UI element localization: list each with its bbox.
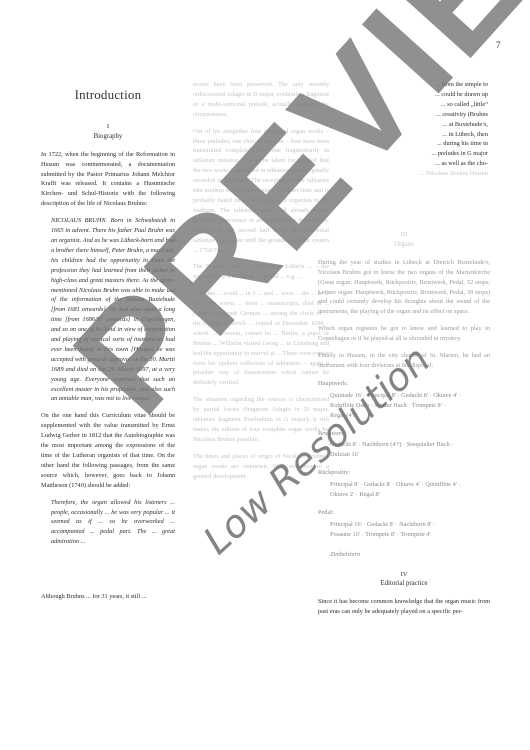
text-line: ... from the simple to [348, 80, 488, 90]
section-number: III [318, 230, 490, 240]
text-line: ... during his time in [348, 139, 488, 149]
paragraph: In 1722, when the beginning of the Refor… [41, 150, 175, 209]
paragraph: The times and places of origin of Nicola… [193, 452, 329, 482]
section-title: Organs [318, 240, 490, 250]
division-name: Brustwerk: [318, 429, 490, 439]
paragraph: On the one hand this Curriculum vitae sh… [41, 411, 175, 490]
paragraph: During the year of studies in Lübeck at … [318, 258, 490, 317]
text-line: ... at Buxtehude’s, [348, 120, 488, 130]
paragraph: Finally in Husum, in the city church of … [318, 351, 490, 371]
stop-line: Oktave 2' · Regal 8' [330, 490, 490, 500]
text-line: ... so called „little“ [348, 100, 488, 110]
organ-division-hauptwerk: Hauptwerk: Quintade 16' · Principal 8' ·… [318, 379, 490, 421]
division-name: Hauptwerk: [318, 379, 490, 389]
stop-line: Principal 8' · Gedackt 8' · Oktave 4' · … [330, 480, 490, 490]
zimbelstern: Zimbelstern [318, 550, 490, 560]
paragraph: The Bruhns works ... 1740 or in Lübeck .… [193, 262, 329, 282]
stop-line: Posaune 16' · Trompete 8' · Trompete 4' [330, 530, 490, 540]
right-column-top-text: ... from the simple to ... could be draw… [348, 80, 488, 179]
text-line: ... Nikolaus Bruhns Husum [348, 169, 488, 179]
paragraph: Although Bruhns ... for 31 years, it sti… [41, 592, 175, 602]
text-line: ... could be drawn up [348, 90, 488, 100]
right-column: ... from the simple to ... could be draw… [348, 80, 488, 179]
stop-line: Regal (4'?) [330, 411, 490, 421]
organ-division-pedal: Pedal: Principal 16' · Gedackt 8' · Nach… [318, 508, 490, 540]
division-stops: Quintade 16' · Principal 8' · Gedackt 8'… [318, 391, 490, 421]
paragraph: Out of his altogether four preserved org… [193, 127, 329, 256]
paragraph: ... on the ... could ... in 1 ... and ..… [193, 289, 329, 388]
paragraph: The situation regarding the sources is c… [193, 395, 329, 445]
text-line: ... in Lübeck, then [348, 130, 488, 140]
page-title: Introduction [41, 90, 175, 100]
section-number: IV [318, 570, 490, 580]
middle-column: scores have been preserved. The only rec… [193, 80, 329, 489]
stop-line: Quintade 16' · Principal 8' · Gedackt 8'… [330, 391, 490, 401]
block-quote: NICOLAUS BRUHN. Born in Schwabstedt in 1… [41, 216, 175, 404]
stop-line: Principal 16' · Gedackt 8' · Nachthorn 8… [330, 520, 490, 530]
division-name: Rückpositiv: [318, 468, 490, 478]
text-line: ... preludes in G major [348, 149, 488, 159]
right-column-lower: III Organs During the year of studies in… [318, 230, 490, 624]
organ-division-rueckpositiv: Rückpositiv: Principal 8' · Gedackt 8' ·… [318, 468, 490, 500]
paragraph: scores have been preserved. The only rec… [193, 80, 329, 120]
stop-line: Gedackt 8' · Nachthorn (4'?) · Sesquialt… [330, 440, 490, 450]
division-stops: Principal 16' · Gedackt 8' · Nachthorn 8… [318, 520, 490, 540]
page-number: 7 [496, 40, 501, 50]
organ-division-brustwerk: Brustwerk: Gedackt 8' · Nachthorn (4'?) … [318, 429, 490, 461]
division-name: Pedal: [318, 508, 490, 518]
stop-line: Rohrflöte Dach · Mixtur Hach · Trompete … [330, 401, 490, 411]
section-title: Editorial practice [318, 579, 490, 589]
division-stops: Gedackt 8' · Nachthorn (4'?) · Sesquialt… [318, 440, 490, 460]
paragraph: Since it has become common knowledge tha… [318, 597, 490, 617]
stop-line: Dulzian 16' [330, 450, 490, 460]
block-quote: Therefore, the organ allowed his listene… [41, 498, 175, 548]
paragraph: Which organ registers he got to know and… [318, 324, 490, 344]
left-column: Introduction I Biography In 1722, when t… [41, 80, 175, 609]
division-stops: Principal 8' · Gedackt 8' · Oktave 4' · … [318, 480, 490, 500]
text-line: ... as well as the cho- [348, 159, 488, 169]
section-title: Biography [41, 132, 175, 142]
text-line: ... creativity (Bruhns [348, 110, 488, 120]
section-number: I [41, 122, 175, 132]
